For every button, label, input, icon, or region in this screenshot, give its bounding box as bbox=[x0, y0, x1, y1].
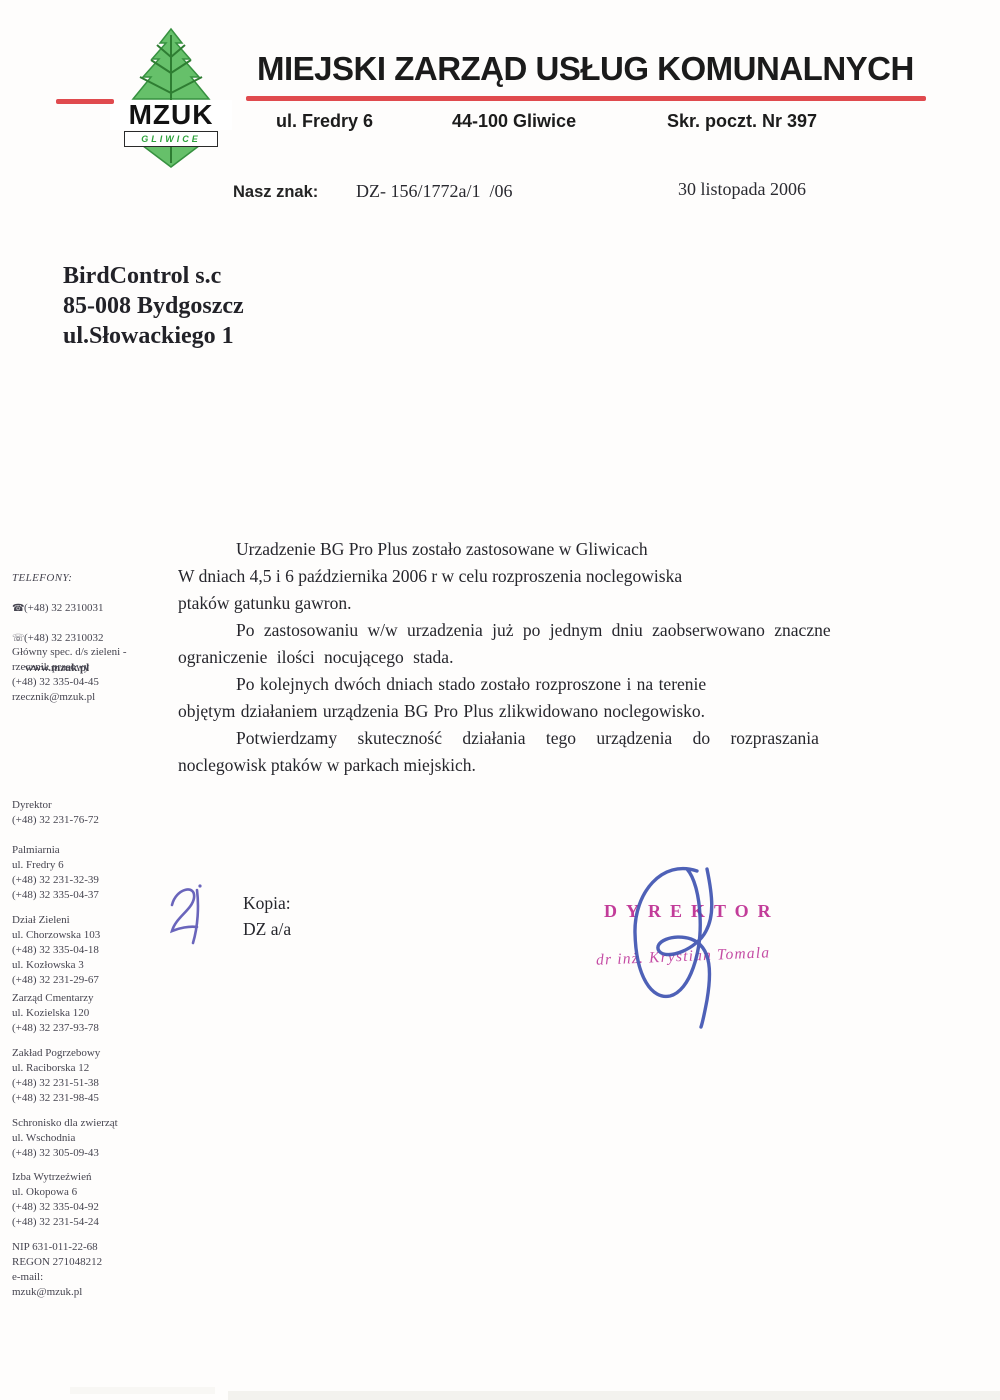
sidebar-block-schronisko: Schronisko dla zwierząt ul. Wschodnia (+… bbox=[12, 1116, 118, 1161]
sidebar-block-dyrektor: Dyrektor (+48) 32 231-76-72 bbox=[12, 798, 99, 828]
sidebar-block-izba: Izba Wytrzeźwień ul. Okopowa 6 (+48) 32 … bbox=[12, 1170, 99, 1230]
recipient-street: ul.Słowackiego 1 bbox=[63, 321, 244, 351]
recipient-address: BirdControl s.c 85-008 Bydgoszcz ul.Słow… bbox=[63, 261, 244, 351]
recipient-name: BirdControl s.c bbox=[63, 261, 244, 291]
sidebar-block-cmentarze: Zarząd Cmentarzy ul. Kozielska 120 (+48)… bbox=[12, 991, 99, 1036]
red-rule-right bbox=[246, 96, 926, 101]
street-address: ul. Fredry 6 bbox=[276, 111, 373, 132]
mzuk-logo: MZUK GLIWICE bbox=[112, 27, 230, 169]
telefony-heading: TELEFONY: bbox=[12, 571, 104, 586]
scanned-letter-page: MZUK GLIWICE MIEJSKI ZARZĄD USŁUG KOMUNA… bbox=[0, 0, 1000, 1400]
letter-body: Urzadzenie BG Pro Plus zostało zastosowa… bbox=[178, 536, 918, 779]
director-stamp-title: DYREKTOR bbox=[604, 901, 780, 922]
sidebar-block-nip-regon: NIP 631-011-22-68 REGON 271048212 e-mail… bbox=[12, 1240, 102, 1300]
copy-label: Kopia: bbox=[243, 893, 291, 914]
fax-icon: ☏ bbox=[12, 631, 24, 646]
reference-number: DZ- 156/1772a/1 /06 bbox=[356, 181, 512, 202]
sidebar-block-dzial-zieleni: Dział Zieleni ul. Chorzowska 103 (+48) 3… bbox=[12, 913, 100, 988]
paragraph-3: Po kolejnych dwóch dniach stado zostało … bbox=[178, 671, 918, 725]
paragraph-4-line-2: noclegowisk ptaków w parkach miejskich. bbox=[178, 752, 918, 779]
po-box: Skr. poczt. Nr 397 bbox=[667, 111, 817, 132]
copy-value: DZ a/a bbox=[243, 919, 291, 940]
phone-number-1: (+48) 32 2310031 bbox=[24, 602, 104, 614]
sidebar-block-rzecznik: Główny spec. d/s zieleni - rzecznik pras… bbox=[12, 645, 127, 705]
logo-city: GLIWICE bbox=[124, 131, 218, 147]
paragraph-4-line-1: Potwierdzamy skuteczność działania tego … bbox=[178, 725, 918, 752]
phone-icon: ☎ bbox=[12, 601, 24, 616]
scan-artifact bbox=[228, 1391, 1000, 1400]
postal-city: 44-100 Gliwice bbox=[452, 111, 576, 132]
organization-title: MIEJSKI ZARZĄD USŁUG KOMUNALNYCH bbox=[257, 50, 937, 88]
recipient-postal: 85-008 Bydgoszcz bbox=[63, 291, 244, 321]
reference-label: Nasz znak: bbox=[233, 183, 318, 202]
paragraph-2: Po zastosowaniu w/w urzadzenia już po je… bbox=[178, 617, 918, 671]
sidebar-block-palmiarnia: Palmiarnia ul. Fredry 6 (+48) 32 231-32-… bbox=[12, 843, 99, 903]
phone-number-2: (+48) 32 2310032 bbox=[24, 632, 104, 644]
sidebar-block-pogrzebowy: Zakład Pogrzebowy ul. Raciborska 12 (+48… bbox=[12, 1046, 100, 1106]
handwritten-initials bbox=[172, 884, 202, 943]
paragraph-1: Urzadzenie BG Pro Plus zostało zastosowa… bbox=[178, 536, 918, 617]
leaf-icon bbox=[112, 27, 230, 169]
director-stamp-name: dr inż. Krystian Tomala bbox=[596, 944, 771, 970]
logo-acronym: MZUK bbox=[110, 100, 232, 130]
red-rule-left bbox=[56, 99, 114, 104]
letter-date: 30 listopada 2006 bbox=[678, 179, 806, 200]
scan-artifact bbox=[70, 1387, 215, 1394]
